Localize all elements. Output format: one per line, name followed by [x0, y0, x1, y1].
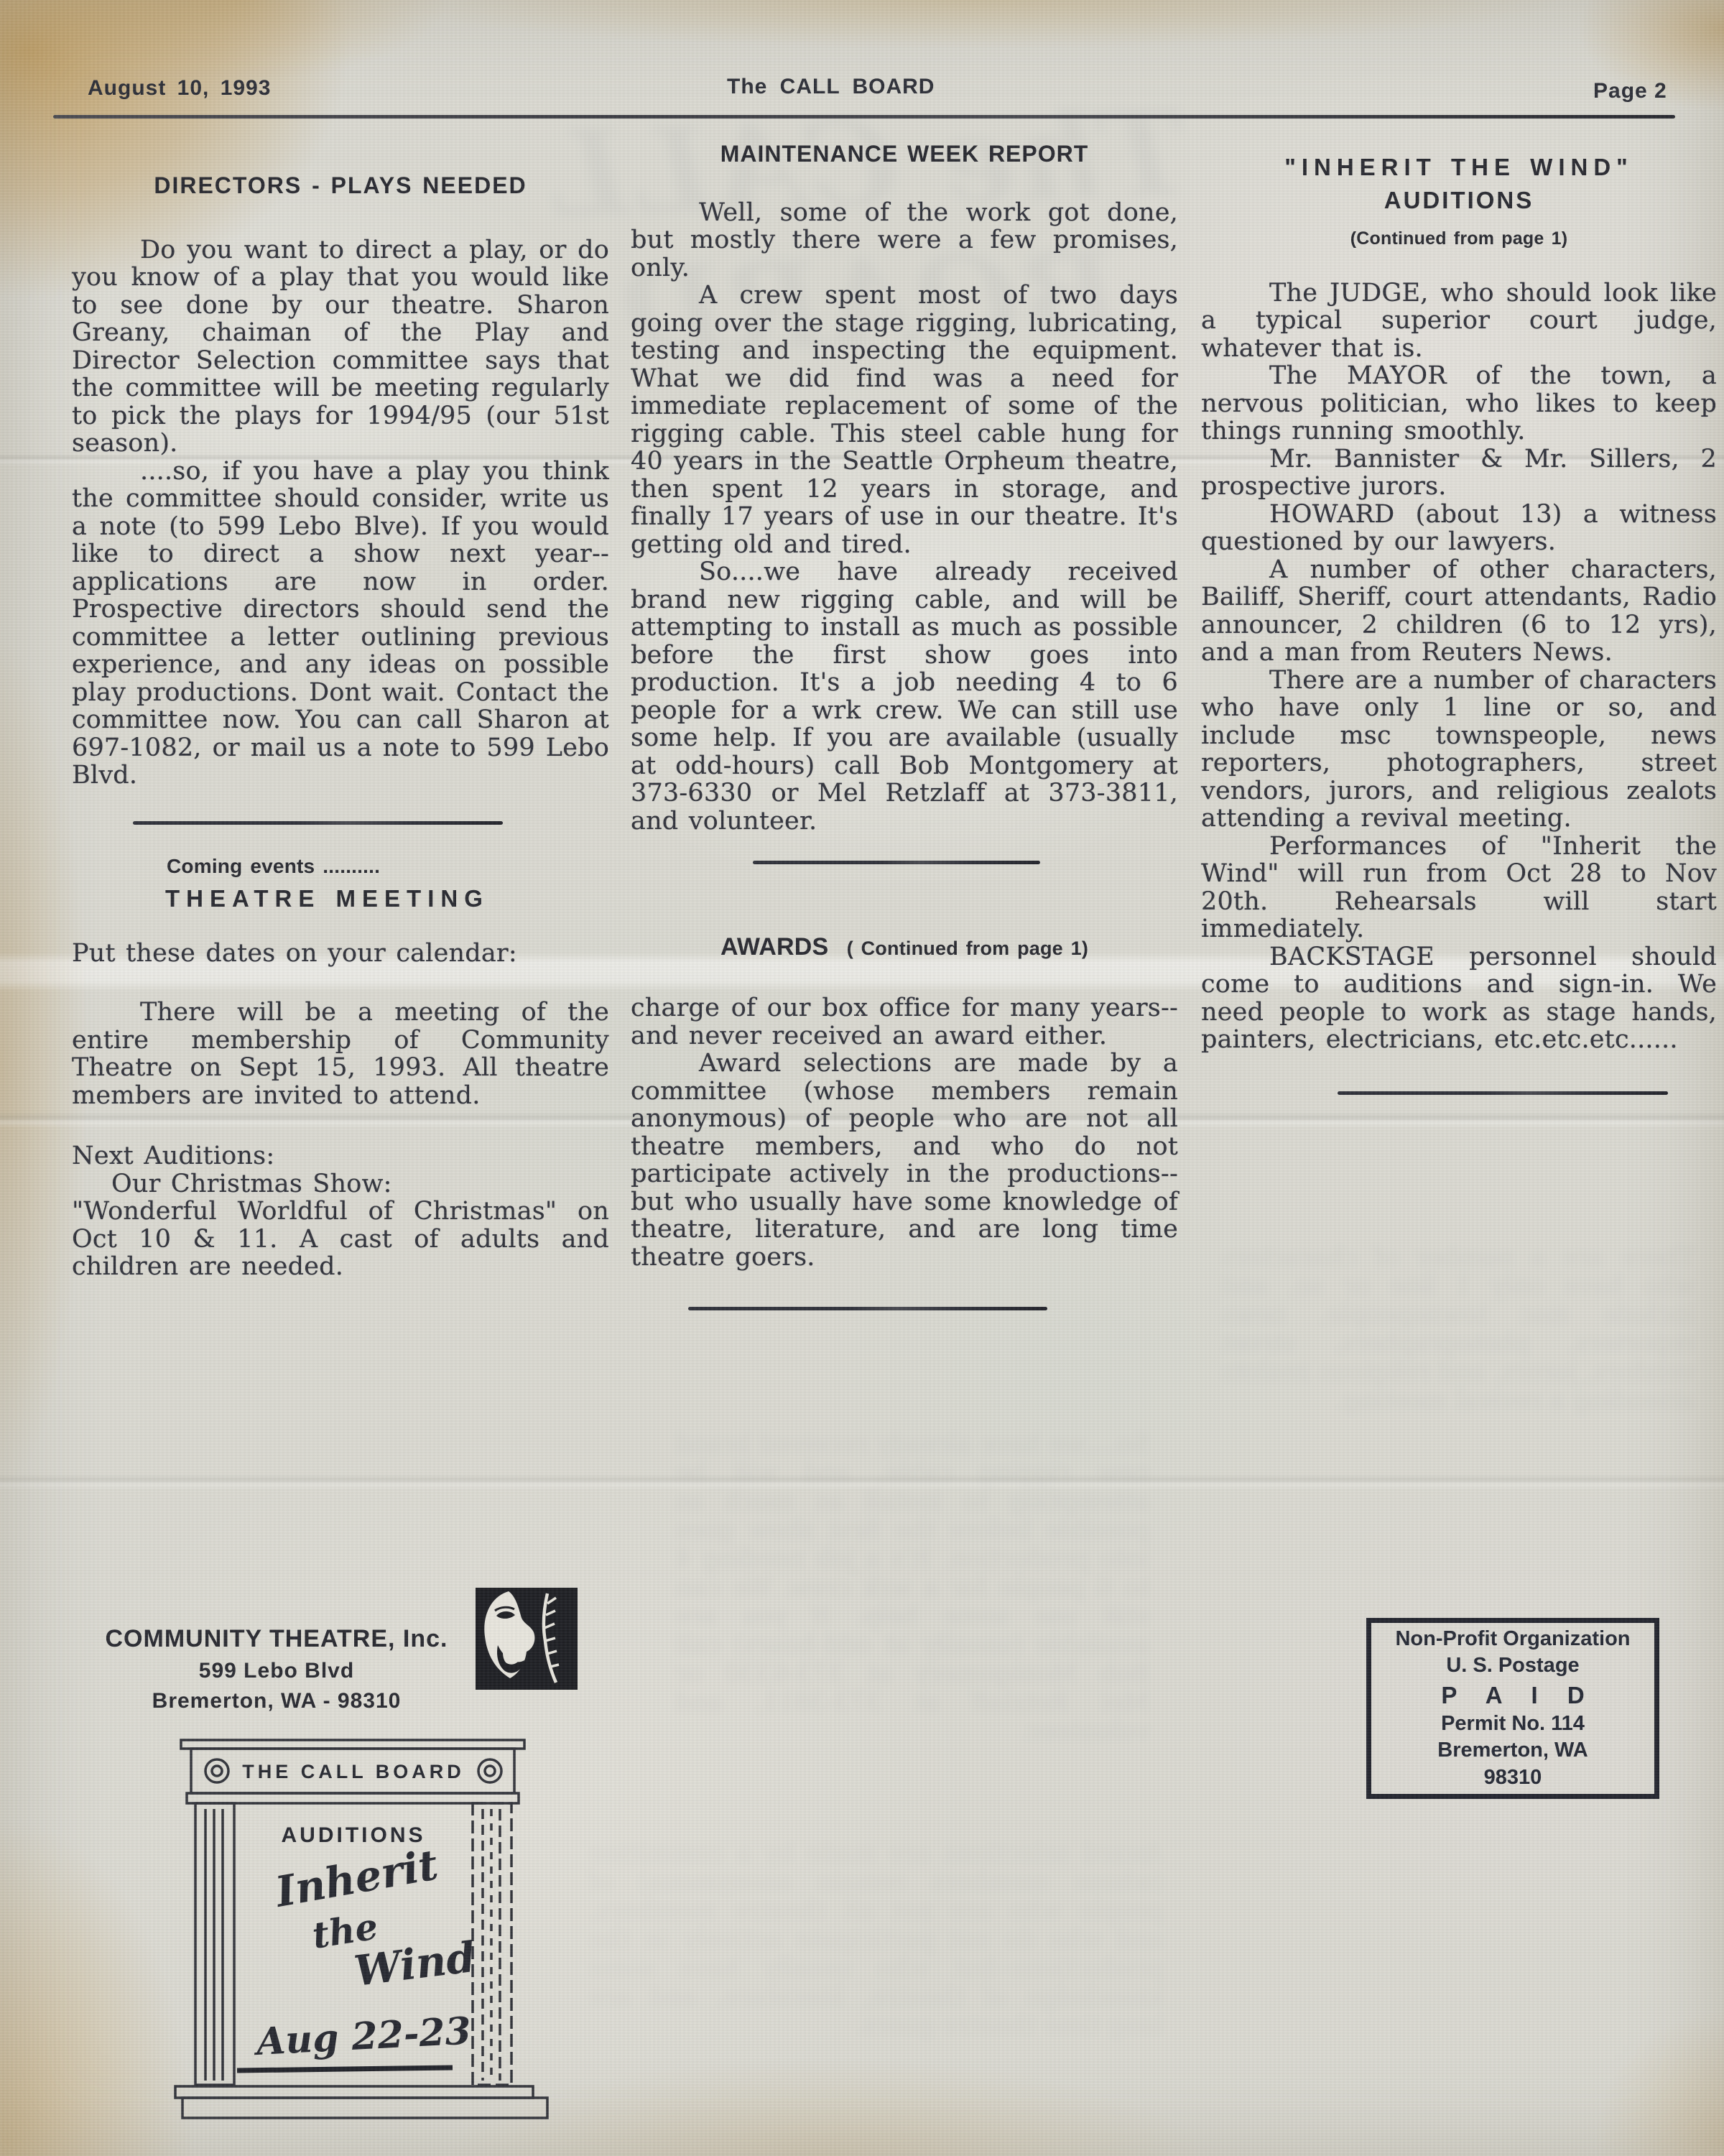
board-cornice — [181, 1740, 524, 1749]
column-middle: MAINTENANCE WEEK REPORT Well, some of th… — [631, 141, 1178, 1310]
maintenance-heading: MAINTENANCE WEEK REPORT — [631, 141, 1178, 167]
awards-heading: AWARDS ( Continued from page 1) — [631, 933, 1178, 961]
maintenance-paragraph-3: So....we have already received brand new… — [631, 558, 1178, 835]
next-auditions-label: Next Auditions: — [72, 1142, 609, 1170]
board-auditions-label: AUDITIONS — [282, 1823, 426, 1847]
backstage-paragraph: BACKSTAGE personnel should come to audit… — [1201, 943, 1717, 1054]
coming-events-label: Coming events .......... — [167, 855, 609, 878]
continued-from-page-label: (Continued from page 1) — [1201, 228, 1717, 249]
awards-title: AWARDS — [720, 933, 828, 961]
column-right: "INHERIT THE WIND" AUDITIONS (Continued … — [1201, 154, 1717, 1095]
newsletter-page: The CALL BOARD So....we have already rec… — [0, 0, 1724, 2156]
header-page-number: Page 2 — [1593, 79, 1667, 103]
howard-paragraph: HOWARD (about 13) a witness questioned b… — [1201, 501, 1717, 556]
directors-plays-heading: DIRECTORS - PLAYS NEEDED — [72, 172, 609, 199]
bleed-through-text: So....we have already received brand new… — [675, 1430, 1149, 1746]
organization-name: COMMUNITY THEATRE, Inc. — [75, 1625, 478, 1653]
header-date: August 10, 1993 — [88, 76, 271, 101]
other-characters-paragraph: A number of other characters, Bailiff, S… — [1201, 556, 1717, 667]
theatre-meeting-heading: THEATRE MEETING — [165, 885, 609, 912]
organization-address-line2: Bremerton, WA - 98310 — [75, 1689, 478, 1713]
board-header-underside — [187, 1793, 519, 1803]
directors-paragraph-1: Do you want to direct a play, or do you … — [72, 236, 609, 458]
board-title: THE CALL BOARD — [242, 1761, 465, 1782]
column-left: DIRECTORS - PLAYS NEEDED Do you want to … — [72, 172, 609, 1281]
handwritten-inherit: Inherit — [271, 1840, 442, 1917]
christmas-show-paragraph: "Wonderful Worldful of Christmas" on Oct… — [72, 1198, 609, 1281]
meeting-paragraph: There will be a meeting of the entire me… — [72, 999, 609, 1109]
mayor-paragraph: The MAYOR of the town, a nervous politic… — [1201, 362, 1717, 445]
stamp-paid: P A I D — [1429, 1680, 1595, 1710]
stamp-permit: Permit No. 114 — [1441, 1711, 1585, 1736]
stamp-zip: 98310 — [1484, 1765, 1542, 1790]
inherit-the-wind-heading: "INHERIT THE WIND" — [1201, 154, 1717, 181]
handwritten-dates: Aug 22-23 — [251, 2009, 472, 2064]
call-board-illustration: THE CALL BOARD AUDITIONS Inherit the Win… — [171, 1733, 559, 2153]
performances-paragraph: Performances of "Inherit the Wind" will … — [1201, 833, 1717, 943]
postage-permit-box: Non-Profit Organization U. S. Postage P … — [1366, 1618, 1659, 1799]
directors-paragraph-2: ....so, if you have a play you think the… — [72, 458, 609, 790]
comedy-tragedy-masks-icon — [476, 1588, 578, 1690]
board-base-bottom — [182, 2098, 547, 2118]
awards-paragraph-2: Award selections are made by a committee… — [631, 1050, 1178, 1271]
stamp-org-type: Non-Profit Organization — [1395, 1627, 1630, 1652]
section-divider — [133, 821, 503, 825]
board-bolt-right — [478, 1759, 501, 1782]
awards-continued-label: ( Continued from page 1) — [847, 938, 1088, 959]
organization-address-line1: 599 Lebo Blvd — [75, 1659, 478, 1683]
bleed-through-text: There are a number of characters who hav… — [1221, 1243, 1695, 1415]
section-divider — [753, 861, 1040, 864]
header-title: The CALL BOARD — [727, 75, 935, 99]
one-line-characters-paragraph: There are a number of characters who hav… — [1201, 667, 1717, 833]
stamp-postage: U. S. Postage — [1446, 1653, 1579, 1678]
section-divider — [688, 1307, 1047, 1310]
maintenance-paragraph-2: A crew spent most of two days going over… — [631, 282, 1178, 558]
section-divider — [1338, 1091, 1668, 1095]
auditions-heading: AUDITIONS — [1201, 187, 1717, 214]
board-chalk-underline — [237, 2068, 453, 2071]
bleed-through-text: Award selections are made by a committee… — [589, 1839, 1164, 2040]
meeting-intro: Put these dates on your calendar: — [72, 940, 609, 968]
header-rule — [53, 115, 1675, 119]
board-base-top — [175, 2086, 533, 2098]
board-bolt-left — [205, 1759, 228, 1782]
awards-paragraph-1: charge of our box office for many years-… — [631, 994, 1178, 1050]
organization-block: COMMUNITY THEATRE, Inc. 599 Lebo Blvd Br… — [75, 1625, 478, 1713]
stamp-city: Bremerton, WA — [1437, 1738, 1588, 1763]
christmas-show-label: Our Christmas Show: — [72, 1170, 609, 1198]
judge-paragraph: The JUDGE, who should look like a typica… — [1201, 279, 1717, 363]
maintenance-paragraph-1: Well, some of the work got done, but mos… — [631, 199, 1178, 282]
jurors-paragraph: Mr. Bannister & Mr. Sillers, 2 prospecti… — [1201, 445, 1717, 501]
